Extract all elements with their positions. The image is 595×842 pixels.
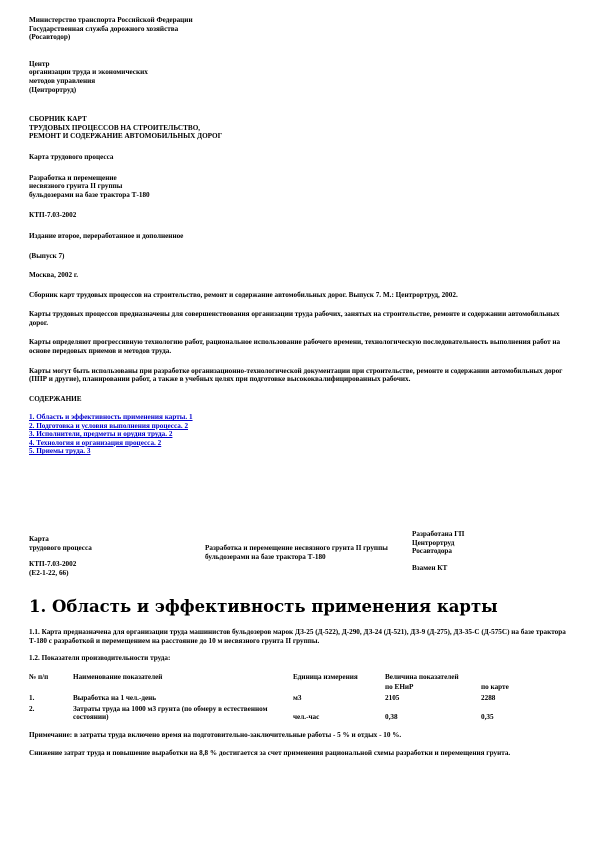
card-subject: Разработка и перемещение несвязного грун… <box>29 174 569 200</box>
card-header-code: КТП-7.03-2002 <box>29 560 179 569</box>
paragraph: 1.1. Карта предназначена для организации… <box>29 628 569 645</box>
cell-enir: 2105 <box>385 693 481 704</box>
center-line: организации труда и экономических <box>29 68 569 77</box>
document-page: Министерство транспорта Российской Федер… <box>29 16 569 455</box>
card-header: Карта трудового процесса КТП-7.03-2002 (… <box>29 530 569 580</box>
cell-num: 2. <box>29 704 73 723</box>
cell-name: Затраты труда на 1000 м3 грунта (по обме… <box>73 704 293 723</box>
toc-link-5[interactable]: 5. Приемы труда. 3 <box>29 447 569 455</box>
ministry-line: (Росавтодор) <box>29 33 569 42</box>
col-unit-header: Единица измерения <box>293 672 385 693</box>
card-header-code: (Е2-1-22, 66) <box>29 569 179 578</box>
cell-card: 2288 <box>481 693 549 704</box>
section-1-body: 1.1. Карта предназначена для организации… <box>29 628 569 767</box>
paragraph: 1.2. Показатели производительности труда… <box>29 654 569 663</box>
city-year: Москва, 2002 г. <box>29 271 569 280</box>
collection-title-line: РЕМОНТ И СОДЕРЖАНИЕ АВТОМОБИЛЬНЫХ ДОРОГ <box>29 132 569 141</box>
card-subject-line: несвязного грунта II группы <box>29 182 569 191</box>
center-line: Центр <box>29 60 569 69</box>
paragraph: Сборник карт трудовых процессов на строи… <box>29 291 569 300</box>
table-header-row: № п/п Наименование показателей Единица и… <box>29 672 549 683</box>
toc-link-3[interactable]: 3. Исполнители, предметы и орудия труда.… <box>29 430 569 438</box>
card-subject-line: бульдозерами на базе трактора Т-180 <box>29 191 569 200</box>
card-type: Карта трудового процесса <box>29 153 569 162</box>
cell-unit: чел.-час <box>293 704 385 723</box>
paragraph: Карты определяют прогрессивную технологи… <box>29 338 569 355</box>
card-header-left: Карта трудового процесса КТП-7.03-2002 (… <box>29 535 179 577</box>
card-header-replace: Взамен КТ <box>412 564 562 573</box>
card-header-right-line: Росавтодора <box>412 547 562 556</box>
cell-enir: 0,38 <box>385 704 481 723</box>
center-org-block: Центр организации труда и экономических … <box>29 60 569 94</box>
paragraph: Снижение затрат труда и повышение вырабо… <box>29 749 569 758</box>
edition: Издание второе, переработанное и дополне… <box>29 232 569 241</box>
cell-num: 1. <box>29 693 73 704</box>
col-enir-header: по ЕНиР <box>385 682 481 693</box>
toc-link-1[interactable]: 1. Область и эффективность применения ка… <box>29 413 569 421</box>
table-row: 1. Выработка на 1 чел.-день м3 2105 2288 <box>29 693 549 704</box>
cell-card: 0,35 <box>481 704 549 723</box>
section-1-title: 1. Область и эффективность применения ка… <box>29 597 498 617</box>
card-header-right-line: Разработана ГП <box>412 530 562 539</box>
table-of-contents: 1. Область и эффективность применения ка… <box>29 413 569 455</box>
center-line: методов управления <box>29 77 569 86</box>
table-row: 2. Затраты труда на 1000 м3 грунта (по о… <box>29 704 549 723</box>
center-line: (Центрортруд) <box>29 86 569 95</box>
card-header-right-line: Центрортруд <box>412 539 562 548</box>
ministry-block: Министерство транспорта Российской Федер… <box>29 16 569 42</box>
card-code: КТП-7.03-2002 <box>29 211 569 220</box>
collection-title: СБОРНИК КАРТ ТРУДОВЫХ ПРОЦЕССОВ НА СТРОИ… <box>29 115 569 141</box>
cell-name: Выработка на 1 чел.-день <box>73 693 293 704</box>
ministry-line: Министерство транспорта Российской Федер… <box>29 16 569 25</box>
toc-link-4[interactable]: 4. Технология и организация процесса. 2 <box>29 439 569 447</box>
col-value-group-header: Величина показателей <box>385 672 549 683</box>
issue: (Выпуск 7) <box>29 252 569 261</box>
card-header-left-line: Карта <box>29 535 179 544</box>
paragraph: Карты могут быть использованы при разраб… <box>29 367 569 384</box>
paragraph: Карты трудовых процессов предназначены д… <box>29 310 569 327</box>
toc-link-2[interactable]: 2. Подготовка и условия выполнения проце… <box>29 422 569 430</box>
col-name-header: Наименование показателей <box>73 672 293 693</box>
indicators-table: № п/п Наименование показателей Единица и… <box>29 672 549 723</box>
note: Примечание: в затраты труда включено вре… <box>29 731 569 740</box>
cell-unit: м3 <box>293 693 385 704</box>
col-card-header: по карте <box>481 682 549 693</box>
ministry-line: Государственная служба дорожного хозяйст… <box>29 25 569 34</box>
card-header-center: Разработка и перемещение несвязного грун… <box>205 544 405 561</box>
col-num-header: № п/п <box>29 672 73 693</box>
toc-title: СОДЕРЖАНИЕ <box>29 395 569 404</box>
collection-title-line: ТРУДОВЫХ ПРОЦЕССОВ НА СТРОИТЕЛЬСТВО, <box>29 124 569 133</box>
card-subject-line: Разработка и перемещение <box>29 174 569 183</box>
collection-title-line: СБОРНИК КАРТ <box>29 115 569 124</box>
card-header-left-line: трудового процесса <box>29 544 179 553</box>
card-header-right: Разработана ГП Центрортруд Росавтодора В… <box>412 530 562 572</box>
